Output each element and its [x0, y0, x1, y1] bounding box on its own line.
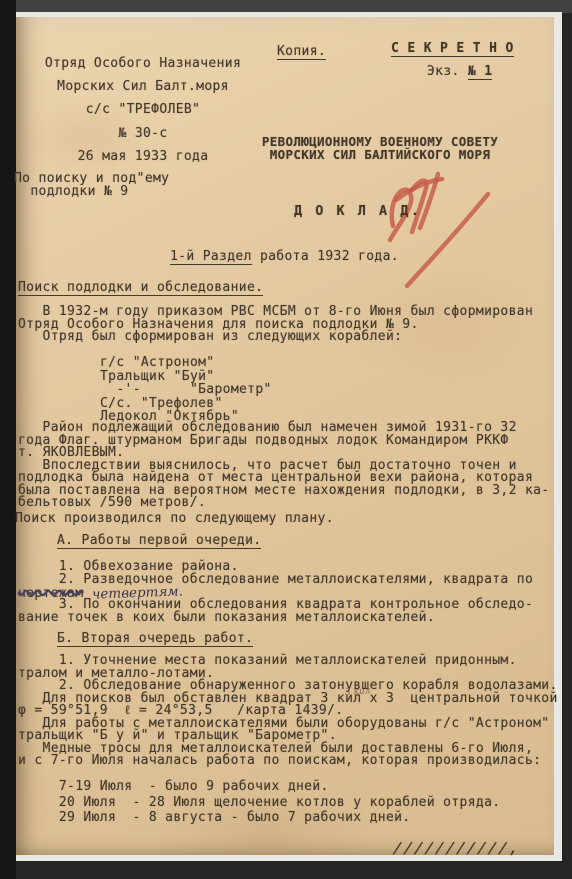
para-area: Район подлежащий обследованию был намече…	[18, 422, 549, 510]
part-a-items-cont: 3. По окончании обследования квадрата ко…	[18, 599, 533, 624]
handwritten-note: 3 кил	[345, 685, 371, 699]
copy-number-prefix: Экз.	[427, 64, 468, 79]
scanned-report-page: { "colors": { "paper": "#e1c69d", "ink":…	[0, 0, 572, 879]
part-a-items: 1. Обвехозание района. 2. Разведочное об…	[18, 561, 533, 586]
copy-label: Копия.	[277, 46, 326, 59]
plan-line: Поиск производился по следующему плану.	[15, 513, 334, 526]
work-schedule: 7-19 Июля - было 9 рабочих дней. 20 Июля…	[18, 779, 500, 826]
ship-list: г/с "Астроном" Тральщик "Буй" -'- "Баром…	[100, 356, 272, 424]
copy-number: Экз. № 1	[427, 66, 492, 79]
search-subheading-text: Поиск подлодки и обследование.	[18, 280, 263, 296]
part-b-heading: Б. Вторая очередь работ.	[57, 633, 253, 646]
section-heading-rest: работа 1932 года.	[252, 249, 399, 264]
secret-label-text: С Е К Р Е Т Н О	[391, 41, 514, 57]
search-subheading: Поиск подлодки и обследование.	[18, 282, 263, 295]
secret-label: С Е К Р Е Т Н О	[391, 43, 514, 56]
part-a-heading-text: А. Работы первой очереди.	[57, 533, 261, 549]
section-heading: 1-й Раздел работа 1932 года.	[170, 251, 399, 264]
subject-block: По поиску и под"ему подлодки № 9	[14, 172, 169, 198]
report-title: Д О К Л А Д.	[294, 205, 422, 218]
end-slashes: ///////////,	[392, 842, 521, 855]
red-pencil-mark-icon	[360, 150, 530, 290]
part-b-body: 1. Уточнение места показаний металлоиска…	[18, 655, 558, 768]
copy-label-text: Копия.	[277, 44, 326, 60]
scan-left-band	[0, 0, 16, 879]
part-b-heading-text: Б. Вторая очередь работ.	[57, 631, 253, 647]
section-heading-underlined: 1-й Раздел	[170, 249, 252, 265]
copy-number-value: № 1	[468, 64, 493, 80]
part-a-heading: А. Работы первой очереди.	[57, 535, 261, 548]
para-formation: В 1932-м году приказом РВС МСБМ от 8-го …	[18, 306, 533, 344]
